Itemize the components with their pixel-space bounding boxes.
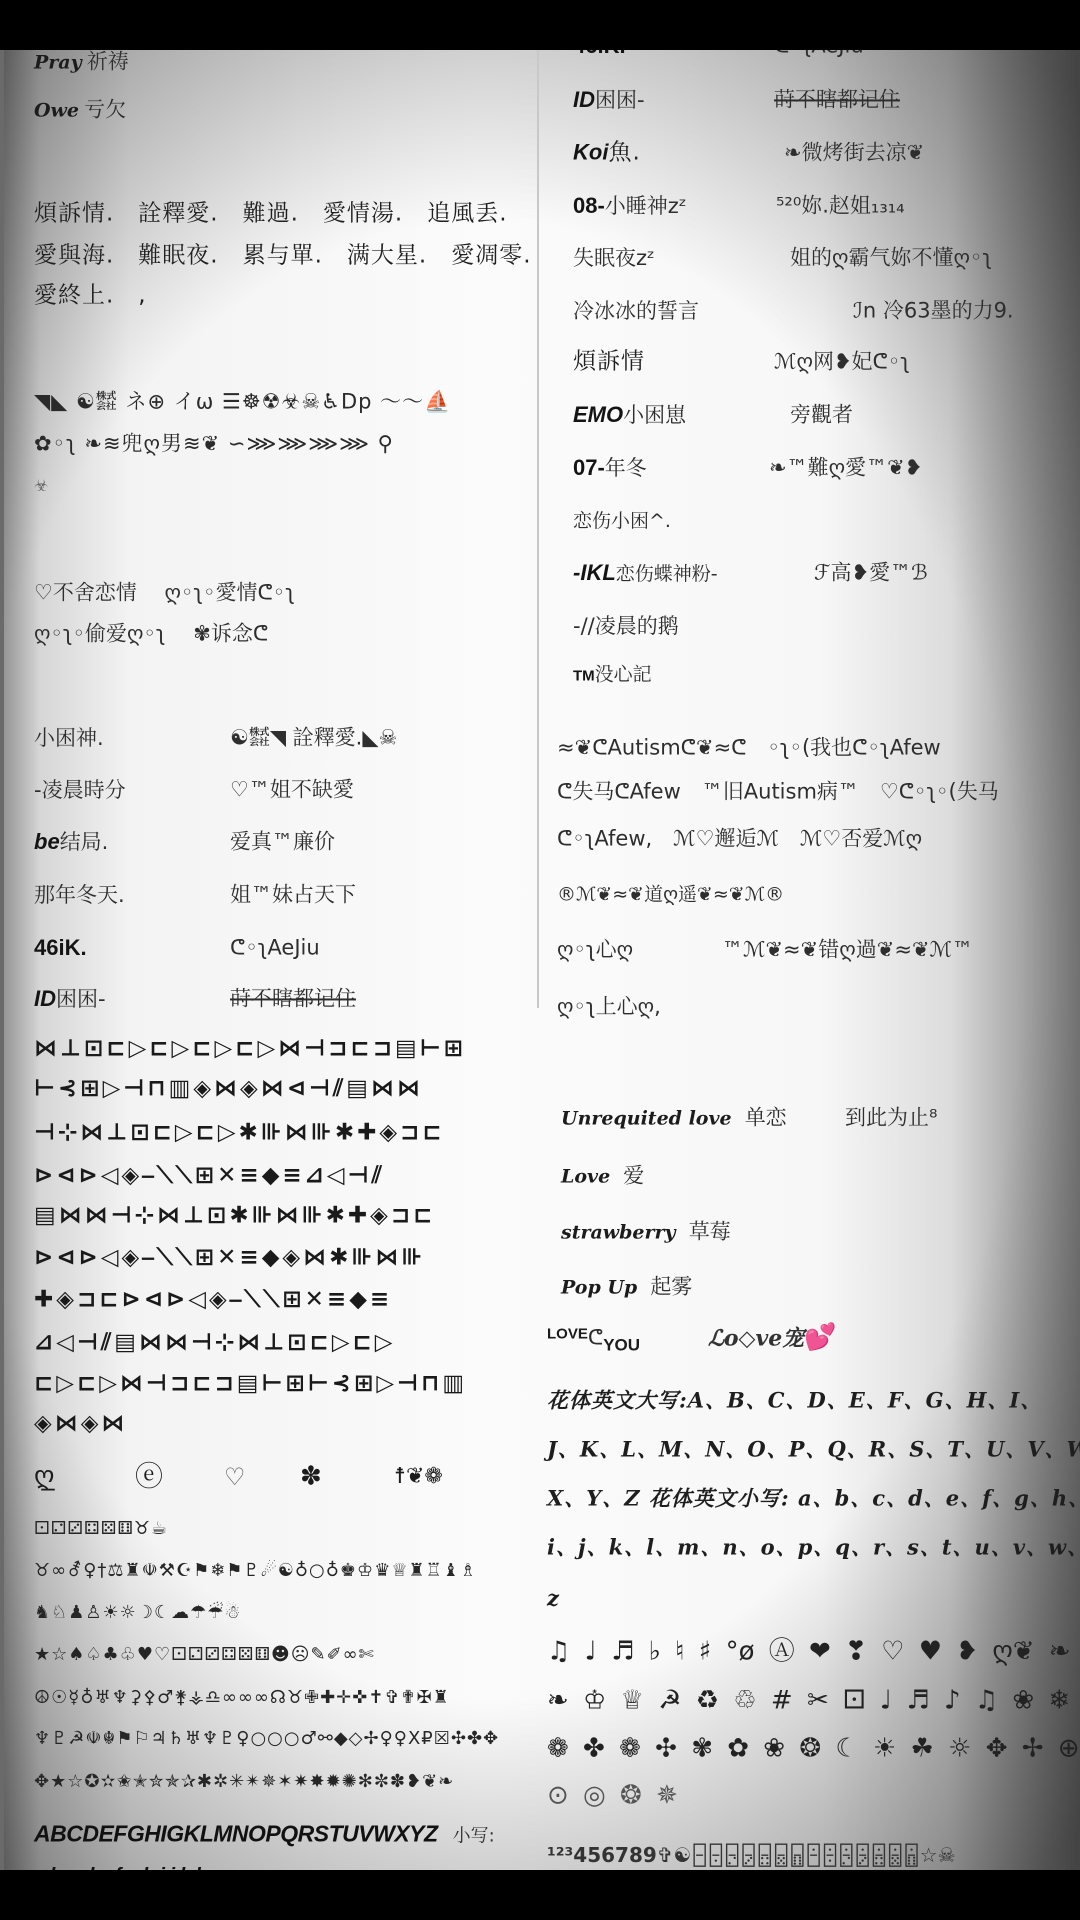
cuneiform-line: ⊿◁⊣⫽▤⋈⋈⊣⊹⋈⊥⊡⊏▷⊏▷ bbox=[34, 1330, 395, 1355]
cuneiform-line: ⊣⊹⋈⊥⊡⊏▷⊏▷✱⊪⋈⊪✱✚◈⊐⊏ bbox=[34, 1120, 445, 1145]
love-word-en: Unrequited love bbox=[561, 1107, 732, 1129]
love-word-zh: 起雾 bbox=[650, 1274, 692, 1298]
nickname-fancy: 莳不瞎都记住 bbox=[230, 987, 356, 1010]
love-word-zh: 单恋 bbox=[745, 1105, 787, 1129]
circled-glyph-icon: ⓔ bbox=[135, 1462, 163, 1493]
symbol-line: ✿◦ʅ ❧≋兜ღ男≋❦ ∽⋙⋙⋙⋙ ⚲ bbox=[34, 432, 394, 455]
cuneiform-line: ⋈⊥⊡⊏▷⊏▷⊏▷⊏▷⋈⊣⊐⊏⊐▤⊢⊞ bbox=[34, 1036, 466, 1061]
nickname-fancy: ❧微烤街去凉❦ bbox=[784, 141, 924, 164]
nickname-prefix: Koi bbox=[573, 139, 608, 164]
heart-underline-icon: ღ̲ bbox=[34, 1463, 54, 1492]
symbol-row: ♉∞⚦♀†⚖♜☫⚒☪⚑❄⚑♇☄☯♁○♁♚♔♛♕♜♖♝♗ bbox=[34, 1561, 477, 1581]
nickname-prefix: 07- bbox=[573, 455, 605, 480]
symbol-row: ✥★☆✪✫✬✭✮✯✰✱✲✳✴✵✶✷✸✹✺✻✼✽❥❦❧ bbox=[34, 1772, 454, 1792]
cuneiform-line: ⊳⊲⊳◁◈⎯⟍⟍⊞✕≡◆≡⊿◁⊣⫽ bbox=[34, 1163, 385, 1188]
nickname-text: 恋伤蝶神粉- bbox=[616, 563, 718, 585]
nickname-text: 困困- bbox=[595, 88, 645, 112]
nickname-text: 年冬 bbox=[605, 456, 647, 480]
nickname-prefix: EMO bbox=[573, 402, 623, 427]
nickname-text: 困困- bbox=[56, 987, 106, 1011]
column-divider bbox=[537, 50, 539, 1008]
symbol-row: ♞♘♟♙☀☼☽☾☁☂☔☃ bbox=[34, 1603, 242, 1623]
nickname-prefix: TM bbox=[573, 668, 595, 685]
fancy-line: ღ◦ʅ◦偷爱ღ◦ʅ ✾诉念ᕦ bbox=[34, 622, 268, 645]
love-you-text: LOVEᕦYOU bbox=[547, 1326, 640, 1349]
fancy-line: ®ℳ❦≈❦道ღ遥❦≈❦ℳ® bbox=[557, 885, 784, 906]
nickname-fancy: ᕦ◦ʅAeJiu bbox=[230, 936, 320, 959]
numbers-domino-row: ¹²³456789✞☯🁣🁤🁥🁦🁧🁨🁩🁪🁫🁬🁭🁮🁯🁰☆☠ bbox=[547, 1844, 956, 1866]
nickname-prefix: -IKL bbox=[573, 560, 616, 585]
symbol-row: ☮☉☿♁♅♆⚳⚴♂⚵⚶♎∞∞∞☊♉✙✚✛✜✝✞✟✠♜ bbox=[34, 1688, 450, 1708]
nickname-fancy: ℐn 冷63墨的力9. bbox=[853, 299, 1014, 322]
nickname: 07-年冬 bbox=[573, 456, 647, 480]
nickname-text: 结局. bbox=[60, 830, 109, 854]
nickname-text: -//凌晨的鹅 bbox=[573, 614, 679, 638]
nickname: 煩訴情 bbox=[573, 349, 645, 374]
nickname: ID困困- bbox=[34, 987, 106, 1011]
header-en: Owe bbox=[34, 99, 79, 121]
flower-symbol-row: ❁ ✤ ❁ ✣ ✾ ✿ ❀ ❂ ☾ ☀ ☘ ☼ ✥ ✢ ⊕ ⌘ ▦ bbox=[547, 1735, 1080, 1764]
script-alphabet-line: 花体英文大写:A、B、C、D、E、F、G、H、I、 bbox=[547, 1388, 1042, 1411]
nickname: Koi魚. bbox=[573, 140, 641, 165]
script-alphabet-line: i、j、k、l、m、n、o、p、q、r、s、t、u、v、w、x、y、 bbox=[547, 1535, 1080, 1558]
nickname-text: 那年冬天. bbox=[34, 883, 125, 907]
nickname-fancy: ℱ高❥愛™ℬ bbox=[814, 561, 928, 584]
nickname: TM没心記 bbox=[573, 665, 652, 686]
cuneiform-line: ◈⋈◈⋈ bbox=[34, 1411, 127, 1436]
nickname-text: 冷冰冰的誓言 bbox=[573, 299, 699, 323]
nickname-fancy: 旁觀者 bbox=[790, 403, 853, 426]
love-word: Love 爱 bbox=[561, 1164, 644, 1187]
phrase-line: 愛終上. , bbox=[34, 283, 147, 308]
music-heart-symbol-row: ♫ ♩ ♬ ♭ ♮ ♯ °ø Ⓐ ❤ ❣ ♡ ♥ ❥ ღ❦ ❧ bbox=[547, 1638, 1071, 1667]
header-line-owe: Owe 亏欠 bbox=[34, 98, 126, 121]
phrase-line: 愛與海. 難眠夜. 累与單. 满大星. 愛凋零. bbox=[34, 243, 532, 268]
nickname-fancy: 姐™妹占天下 bbox=[230, 883, 356, 906]
love-word-en: Pop Up bbox=[561, 1276, 637, 1298]
love-fancy: ℒo◇ve宠💕 bbox=[708, 1324, 837, 1353]
love-fancy-text: ℒo◇ve宠 bbox=[708, 1326, 804, 1352]
heart-outline-icon: ♡ bbox=[224, 1464, 246, 1490]
nickname-fancy: ☯㍿◥ 詮釋愛.◣☠ bbox=[230, 726, 397, 749]
cross-flower-icon: ☨❦❁ bbox=[394, 1465, 443, 1489]
fancy-line-aside: ™ℳ❦≈❦错ღ過❦≈❦ℳ™ bbox=[722, 938, 973, 961]
nickname-fancy: ℳღ网❥妃ᕦ◦ʅ bbox=[774, 350, 910, 373]
script-alphabet-line: J、K、L、M、N、O、P、Q、R、S、T、U、V、W、 bbox=[547, 1437, 1080, 1460]
nickname: 08-小睡神zᶻ bbox=[573, 194, 687, 218]
nickname-text: -凌晨時分 bbox=[34, 778, 126, 802]
nickname: 失眠夜zᶻ bbox=[573, 246, 655, 270]
nickname: 小困神. bbox=[34, 726, 104, 750]
biohazard-symbol: ☣ bbox=[34, 477, 49, 495]
nickname-fancy: ❧™難ღ愛™❦❥ bbox=[769, 456, 922, 479]
love-word-aside: 到此为止⁸ bbox=[845, 1106, 937, 1129]
symbol-line: ◥◣ ☯㍿ ネ⊕ イω ☰☸☢☣☠♿Dp ～～⛵ bbox=[34, 390, 451, 413]
nickname-fancy: 莳不瞎都记住 bbox=[774, 88, 900, 111]
nickname-prefix: ID bbox=[34, 986, 56, 1011]
cuneiform-line: ⊳⊲⊳◁◈⎯⟍⟍⊞✕≡◆◈⋈✱⊪⋈⊪ bbox=[34, 1245, 425, 1270]
love-word: Unrequited love 单恋 bbox=[561, 1106, 787, 1129]
love-word: strawberry 草莓 bbox=[561, 1220, 731, 1243]
nickname-fancy: ⁵²⁰妳.赵姐₁₃₁₄ bbox=[776, 194, 905, 217]
nickname: 46iK. bbox=[34, 936, 87, 960]
nickname: be结局. bbox=[34, 830, 108, 854]
header-zh: 亏欠 bbox=[84, 97, 126, 121]
nickname-text: 没心記 bbox=[595, 664, 652, 686]
script-alphabet-line: z bbox=[547, 1586, 560, 1609]
nickname-text: 失眠夜zᶻ bbox=[573, 246, 655, 270]
script-alphabet-line: X、Y、Z 花体英文小写: a、b、c、d、e、f、g、h、 bbox=[547, 1486, 1080, 1509]
nickname-text: 煩訴情 bbox=[573, 348, 645, 374]
document-image: Pray 祈祷 Owe 亏欠 煩訴情. 詮釋愛. 難過. 愛情湯. 追風丢. 愛… bbox=[0, 0, 1080, 1920]
nickname-text: 小困崽 bbox=[623, 403, 686, 427]
bottom-black-bar bbox=[0, 1870, 1080, 1920]
two-hearts-icon: 💕 bbox=[804, 1323, 836, 1353]
cuneiform-line: ⊏▷⊏▷⋈⊣⊐⊏⊐▤⊢⊞⊢⊰⊞▷⊣⊓▥ bbox=[34, 1371, 467, 1396]
nickname-prefix: 46iK. bbox=[34, 935, 87, 960]
fancy-line: ᕦ◦ʅAfew, ℳ♡邂逅ℳ ℳ♡否爱ℳღ bbox=[557, 827, 922, 850]
top-black-bar bbox=[0, 0, 1080, 50]
nickname: -//凌晨的鹅 bbox=[573, 614, 679, 638]
love-word: Pop Up 起雾 bbox=[561, 1275, 692, 1298]
nickname: 冷冰冰的誓言 bbox=[573, 299, 699, 323]
love-you-mid: ᕦ bbox=[588, 1325, 603, 1349]
nickname-text: 小睡神zᶻ bbox=[605, 194, 687, 218]
nickname: -凌晨時分 bbox=[34, 778, 126, 802]
uppercase-letters: ABCDEFGHIGKLMNOPQRSTUVWXYZ bbox=[34, 1820, 438, 1846]
phrase-line: 煩訴情. 詮釋愛. 難過. 愛情湯. 追風丢. bbox=[34, 201, 508, 226]
fancy-line: ღ◦ʅ心ღ bbox=[557, 938, 633, 961]
nickname-text: 恋伤小困^. bbox=[573, 510, 671, 532]
nickname-prefix: 08- bbox=[573, 193, 605, 218]
header-en: Pray bbox=[34, 51, 82, 73]
circle-symbol-row: ⊙ ◎ ❂ ✵ bbox=[547, 1782, 678, 1811]
symbol-row: ♆♇☭☫☬⚑⚐♃♄♅♆♇♀○○○♂⚯◆◇✢♀♀X₽☒✣✤✥ bbox=[34, 1729, 499, 1749]
love-you-you: YOU bbox=[603, 1335, 640, 1354]
cuneiform-line: ✚◈⊐⊏⊳⊲⊳◁◈⎯⟍⟍⊞✕≡◆≡ bbox=[34, 1287, 392, 1312]
nickname-fancy: 爱真™廉价 bbox=[230, 830, 335, 853]
love-word-zh: 爱 bbox=[623, 1163, 644, 1187]
nickname-fancy: 姐的ღ霸气妳不懂ღ◦ʅ bbox=[790, 246, 992, 269]
love-word-zh: 草莓 bbox=[689, 1219, 731, 1243]
nickname-text: 魚. bbox=[608, 139, 640, 165]
nickname-prefix: ID bbox=[573, 87, 595, 112]
fancy-line: ≈❦ᕦAutismᕦ❦≈ᕦ ◦ʅ◦(我也ᕦ◦ʅAfew bbox=[557, 736, 941, 759]
flower-icon: ✽ bbox=[300, 1463, 322, 1492]
nickname: EMO小困崽 bbox=[573, 403, 686, 427]
lowercase-label: 小写: bbox=[453, 1825, 495, 1846]
love-word-en: strawberry bbox=[561, 1221, 676, 1243]
fancy-line: ღ◦ʅ上心ღ, bbox=[557, 995, 661, 1018]
cuneiform-line: ▤⋈⋈⊣⊹⋈⊥⊡✱⊪⋈⊪✱✚◈⊐⊏ bbox=[34, 1203, 435, 1228]
left-edge-line bbox=[0, 50, 4, 1870]
love-word-en: Love bbox=[561, 1165, 610, 1187]
nickname-prefix: be bbox=[34, 829, 60, 854]
nickname: 恋伤小困^. bbox=[573, 508, 671, 532]
dice-symbol-row: ⚀⚁⚂⚃⚄⚅♉☕ bbox=[34, 1519, 168, 1539]
fancy-line: ♡不舍恋情 ღ◦ʅ◦愛情ᕦ◦ʅ bbox=[34, 581, 295, 604]
nickname: -IKL恋伤蝶神粉- bbox=[573, 561, 718, 585]
header-zh: 祈祷 bbox=[87, 49, 129, 73]
symbol-row: ❧ ♔ ♕ ☭ ♻ ♲ # ✂ ⚀ ♩ ♬ ♪ ♫ ❀ ❄ ❅ ❆ bbox=[547, 1687, 1080, 1716]
symbol-row: ★☆♠♤♣♧♥♡⚀⚁⚂⚃⚄⚅☻☹✎✐∞✄ bbox=[34, 1645, 375, 1665]
nickname: ID困困- bbox=[573, 88, 645, 112]
uppercase-alphabet: ABCDEFGHIGKLMNOPQRSTUVWXYZ 小写: bbox=[34, 1821, 495, 1846]
header-line-pray: Pray 祈祷 bbox=[34, 50, 129, 73]
nickname-fancy: ♡™姐不缺愛 bbox=[230, 778, 354, 801]
fancy-line: ᕦ失马ᕦAfew ™旧Autism病™ ♡ᕦ◦ʅ◦(失马 bbox=[557, 780, 999, 803]
nickname: 那年冬天. bbox=[34, 883, 125, 907]
cuneiform-line: ⊢⊰⊞▷⊣⊓▥◈⋈◈⋈⊲⊣⫽▤⋈⋈ bbox=[34, 1076, 423, 1101]
love-you-love: LOVE bbox=[547, 1325, 588, 1342]
nickname-text: 小困神. bbox=[34, 726, 104, 750]
